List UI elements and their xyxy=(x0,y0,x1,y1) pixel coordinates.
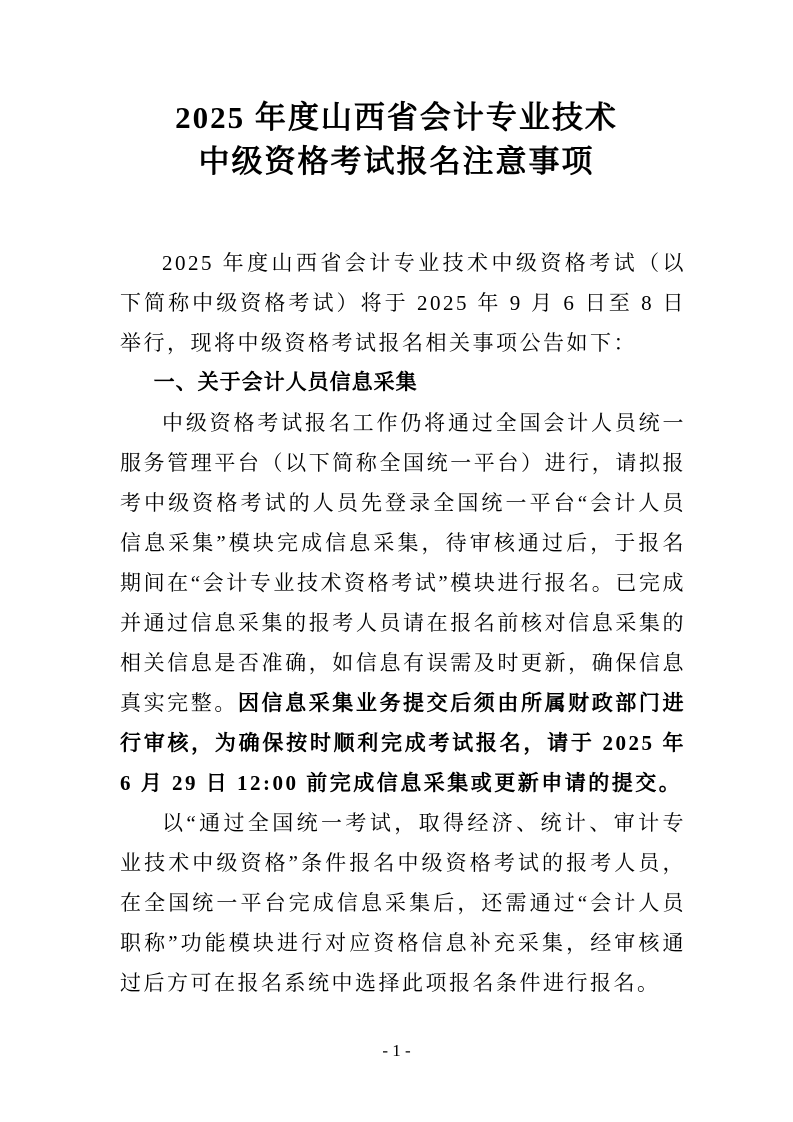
page-number: - 1 - xyxy=(0,1040,793,1062)
section-1-heading: 一、关于会计人员信息采集 xyxy=(120,363,686,403)
document-body: 2025 年度山西省会计专业技术中级资格考试（以下简称中级资格考试）将于 202… xyxy=(120,243,686,1003)
section-1-paragraph-2: 以“通过全国统一考试，取得经济、统计、审计专业技术中级资格”条件报名中级资格考试… xyxy=(120,803,686,1003)
document-title: 2025 年度山西省会计专业技术 中级资格考试报名注意事项 xyxy=(0,96,793,184)
title-line-1: 2025 年度山西省会计专业技术 xyxy=(0,96,793,140)
intro-paragraph: 2025 年度山西省会计专业技术中级资格考试（以下简称中级资格考试）将于 202… xyxy=(120,243,686,363)
document-page: 2025 年度山西省会计专业技术 中级资格考试报名注意事项 2025 年度山西省… xyxy=(0,0,793,1122)
title-line-2: 中级资格考试报名注意事项 xyxy=(0,140,793,184)
section-1-paragraph-1-normal-text: 中级资格考试报名工作仍将通过全国会计人员统一服务管理平台（以下简称全国统一平台）… xyxy=(120,411,686,715)
section-1-paragraph-1: 中级资格考试报名工作仍将通过全国会计人员统一服务管理平台（以下简称全国统一平台）… xyxy=(120,403,686,803)
